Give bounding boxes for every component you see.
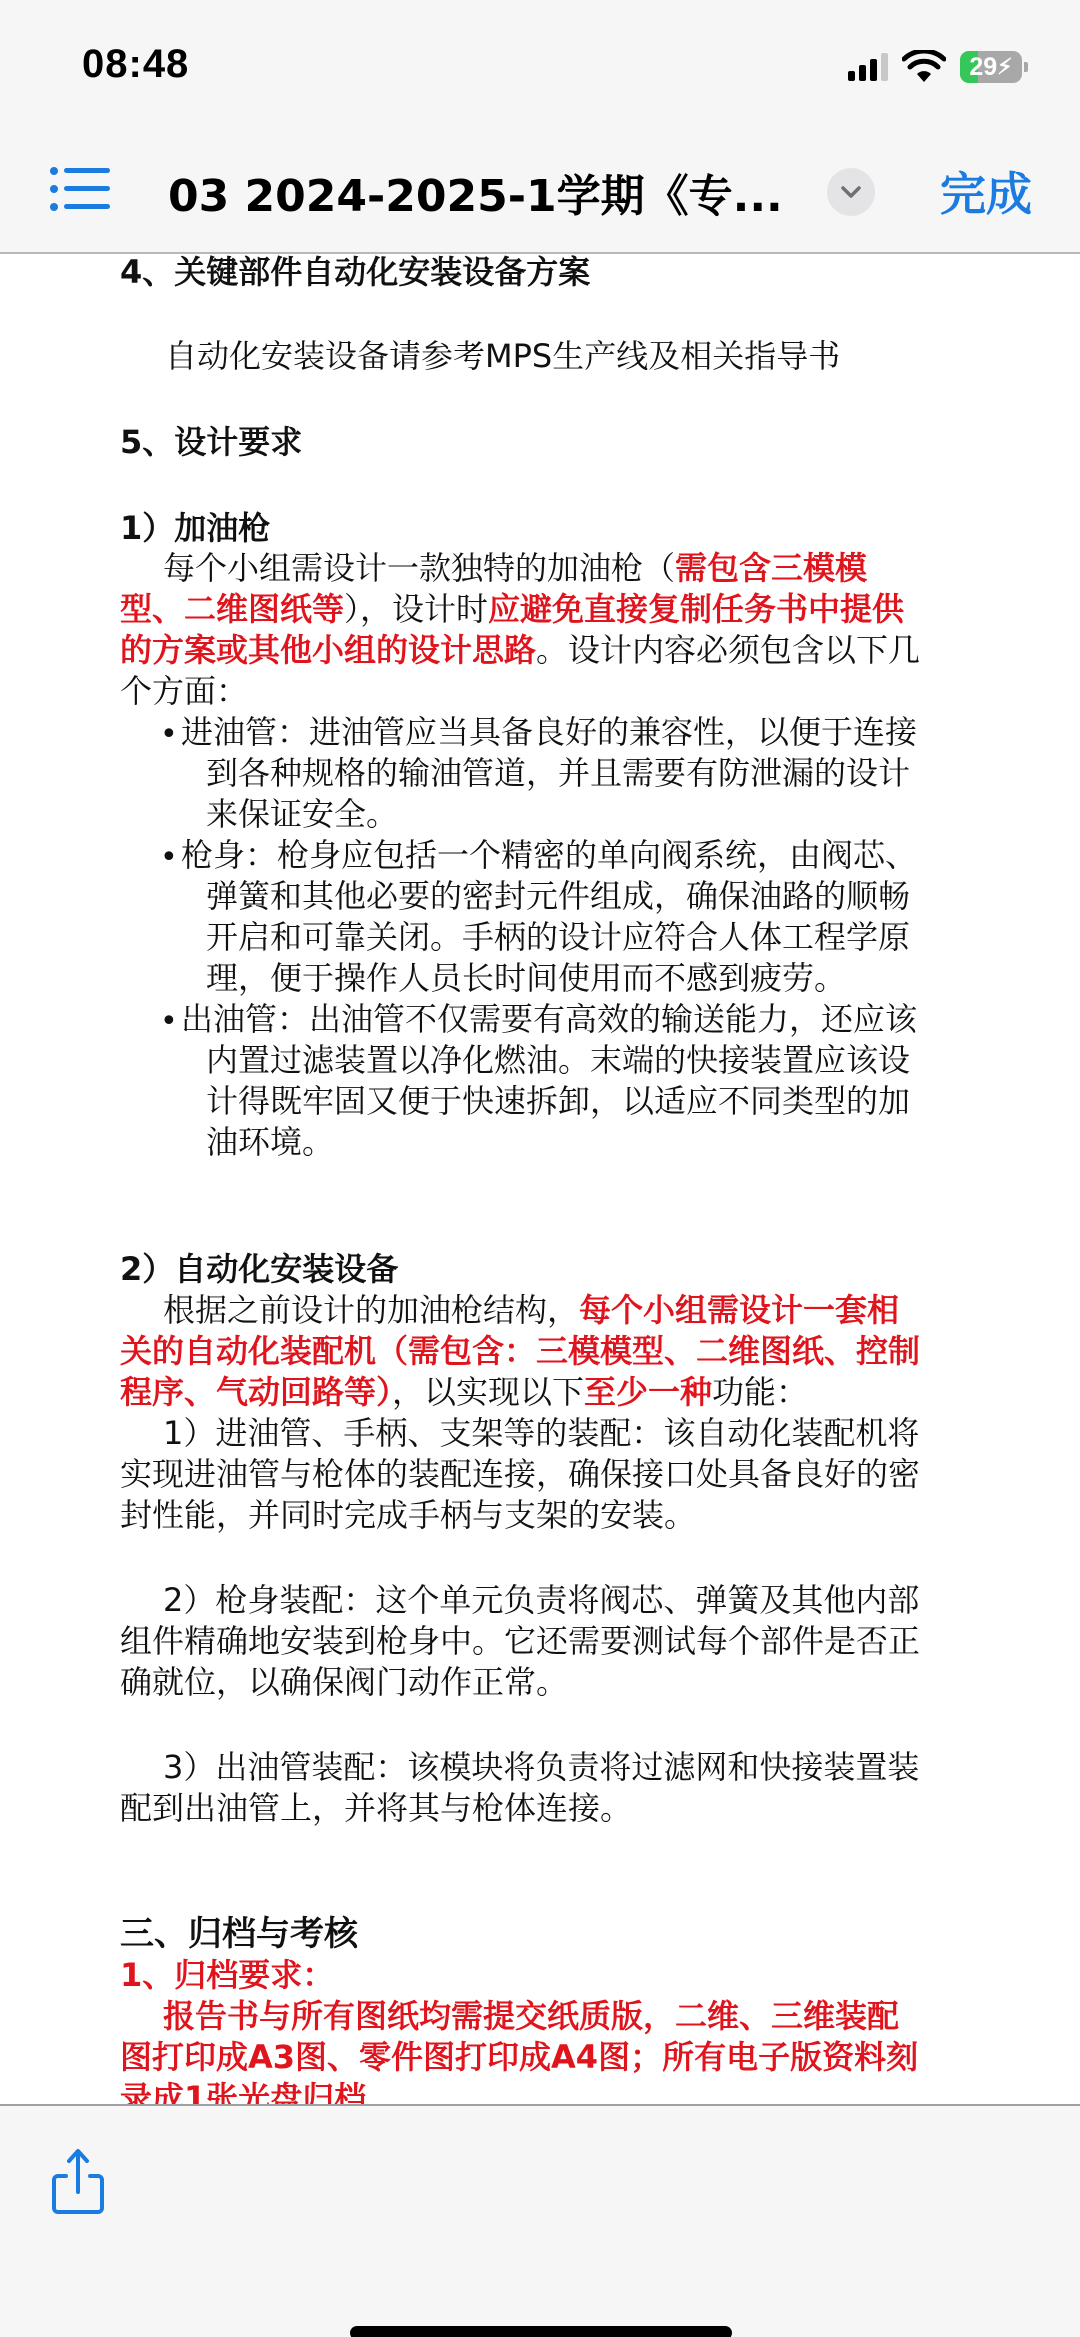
battery-level: 29 bbox=[969, 53, 997, 82]
done-button[interactable]: 完成 bbox=[940, 158, 1032, 224]
wifi-icon bbox=[902, 50, 946, 84]
outline-list-button[interactable] bbox=[50, 165, 112, 215]
document-title[interactable]: 03 2024-2025-1学期《专... bbox=[168, 160, 788, 224]
section-3-heading: 三、归档与考核 bbox=[120, 1914, 358, 1955]
section-4-body: 自动化安装设备请参考MPS生产线及相关指导书 bbox=[165, 336, 840, 377]
list-icon bbox=[50, 165, 112, 215]
bullet-dot: • bbox=[160, 1001, 178, 1042]
title-menu-button[interactable] bbox=[827, 168, 875, 216]
intro-line: 关的自动化装配机（需包含：三模模型、二维图纸、控制 bbox=[120, 1331, 920, 1372]
battery-tip bbox=[1024, 62, 1028, 72]
charging-bolt-icon: ⚡︎ bbox=[997, 54, 1012, 80]
archive-requirements-heading: 1、归档要求： bbox=[120, 1955, 334, 1996]
intro-line: 的方案或其他小组的设计思路。设计内容必须包含以下几 bbox=[120, 630, 920, 671]
battery-icon: 29 ⚡︎ bbox=[960, 51, 1022, 83]
share-icon bbox=[48, 2146, 108, 2218]
section-4-heading: 4、关键部件自动化安装设备方案 bbox=[120, 252, 590, 293]
part-1-heading: 1）加油枪 bbox=[120, 508, 270, 549]
part-2-heading: 2）自动化安装设备 bbox=[120, 1249, 398, 1290]
status-icons: 29 ⚡︎ bbox=[848, 50, 1028, 84]
intro-line: 个方面： bbox=[120, 671, 248, 712]
intro-line: 程序、气动回路等），以实现以下至少一种功能： bbox=[120, 1372, 808, 1413]
section-5-heading: 5、设计要求 bbox=[120, 422, 302, 463]
home-indicator[interactable] bbox=[350, 2326, 732, 2337]
bullet-dot: • bbox=[160, 714, 178, 755]
chevron-down-icon bbox=[840, 185, 862, 199]
intro-line: 根据之前设计的加油枪结构，每个小组需设计一套相 bbox=[163, 1290, 899, 1331]
intro-line: 型、二维图纸等），设计时应避免直接复制任务书中提供 bbox=[120, 589, 904, 630]
bottom-toolbar bbox=[0, 2104, 1080, 2337]
share-button[interactable] bbox=[48, 2146, 108, 2218]
document-viewer[interactable]: 4、关键部件自动化安装设备方案 自动化安装设备请参考MPS生产线及相关指导书 5… bbox=[0, 252, 1080, 2104]
bullet-dot: • bbox=[160, 837, 178, 878]
intro-line: 每个小组需设计一款独特的加油枪（需包含三模模 bbox=[163, 548, 867, 589]
top-header: 08:48 29 ⚡︎ 03 2024-2025-1学期《专... 完成 bbox=[0, 0, 1080, 254]
cellular-signal-icon bbox=[848, 53, 888, 81]
status-time: 08:48 bbox=[82, 42, 189, 87]
